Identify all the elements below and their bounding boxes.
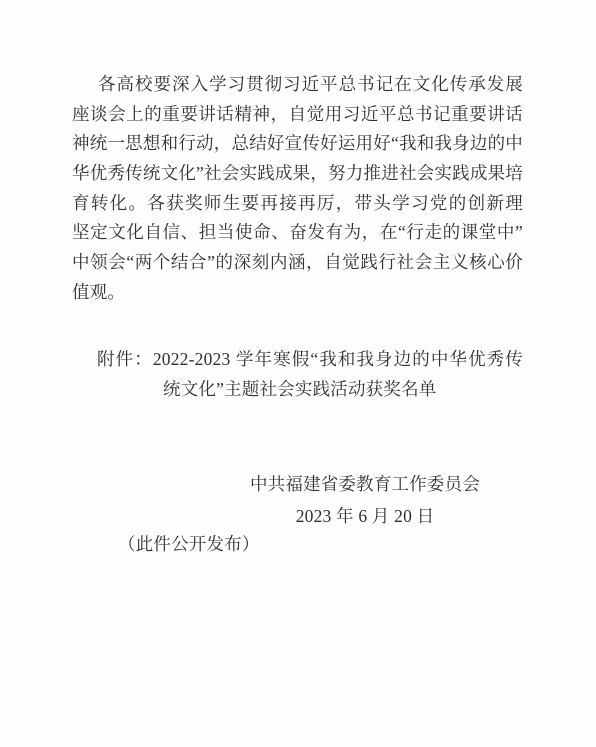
paragraph-line-5: 育转化。各获奖师生要再接再厉，带头学习党的创新理论， (72, 189, 523, 219)
document-page: 各高校要深入学习贯彻习近平总书记在文化传承发展 座谈会上的重要讲话精神，自觉用习… (0, 0, 596, 747)
paragraph-line-8: 值观。 (72, 278, 523, 308)
signing-organization: 中共福建省委教育工作委员会 (134, 470, 596, 500)
signing-date: 2023 年 6 月 20 日 (134, 502, 596, 532)
attachment-line-2: 统文化”主题社会实践活动获奖名单 (163, 375, 523, 405)
paragraph-line-2: 座谈会上的重要讲话精神，自觉用习近平总书记重要讲话精 (72, 100, 523, 130)
paragraph-line-1: 各高校要深入学习贯彻习近平总书记在文化传承发展 (72, 70, 523, 100)
body-paragraph: 各高校要深入学习贯彻习近平总书记在文化传承发展 座谈会上的重要讲话精神，自觉用习… (72, 70, 523, 308)
paragraph-line-7: 中领会“两个结合”的深刻内涵，自觉践行社会主义核心价 (72, 248, 523, 278)
publication-note: （此件公开发布） (118, 530, 260, 560)
attachment-reference: 附件：2022-2023 学年寒假“我和我身边的中华优秀传 统文化”主题社会实践… (97, 345, 523, 404)
paragraph-line-6: 坚定文化自信、担当使命、奋发有为，在“行走的课堂中” (72, 218, 523, 248)
attachment-line-1: 附件：2022-2023 学年寒假“我和我身边的中华优秀传 (97, 345, 523, 375)
paragraph-line-3: 神统一思想和行动，总结好宣传好运用好“我和我身边的中 (72, 129, 523, 159)
paragraph-line-4: 华优秀传统文化”社会实践成果，努力推进社会实践成果培 (72, 159, 523, 189)
